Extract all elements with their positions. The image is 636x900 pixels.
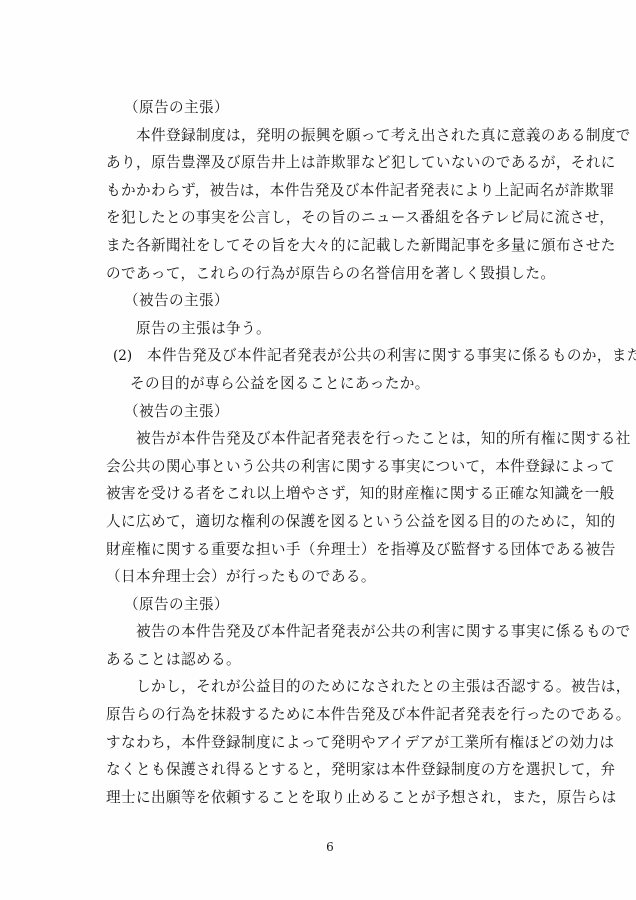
text-line: 原告らの行為を抹殺するために本件告発及び本件記者発表を行ったのである。 [0, 701, 636, 729]
item-text: 本件告発及び本件記者発表が公共の利害に関する事実に係るものか，また， [147, 347, 636, 364]
text-line: 被害を受ける者をこれ以上増やさず，知的財産権に関する正確な知識を一般 [0, 480, 636, 508]
text-line: その目的が専ら公益を図ることにあったか。 [0, 370, 636, 398]
text-line: （日本弁理士会）が行ったものである。 [0, 563, 636, 591]
text-block: （原告の主張）本件登録制度は，発明の振興を願って考え出された真に意義のある制度で… [0, 94, 636, 811]
page-number: 6 [24, 840, 636, 854]
text-line: あり，原告豊澤及び原告井上は詐欺罪など犯していないのであるが，それに [0, 149, 636, 177]
text-line: のであって，これらの行為が原告らの名誉信用を著しく毀損した。 [0, 260, 636, 288]
text-line: 人に広めて，適切な権利の保護を図るという公益を図る目的のために，知的 [0, 508, 636, 536]
text-line: あることは認める。 [0, 646, 636, 674]
text-line: 本件登録制度は，発明の振興を願って考え出された真に意義のある制度で [0, 122, 636, 150]
text-line: 会公共の関心事という公共の利害に関する事実について，本件登録によって [0, 453, 636, 481]
text-line: 被告の本件告発及び本件記者発表が公共の利害に関する事実に係るもので [0, 618, 636, 646]
text-line: 原告の主張は争う。 [0, 315, 636, 343]
text-line: (2)本件告発及び本件記者発表が公共の利害に関する事実に係るものか，また， [0, 342, 636, 370]
text-line: なくとも保護され得るとすると，発明家は本件登録制度の方を選択して，弁 [0, 756, 636, 784]
text-line: （被告の主張） [0, 398, 636, 426]
item-number: (2) [113, 343, 147, 371]
text-line: 理士に出願等を依頼することを取り止めることが予想され，また，原告らは [0, 784, 636, 812]
text-line: 被告が本件告発及び本件記者発表を行ったことは，知的所有権に関する社 [0, 425, 636, 453]
text-line: また各新聞社をしてその旨を大々的に記載した新聞記事を多量に頒布させた [0, 232, 636, 260]
text-line: もかかわらず，被告は，本件告発及び本件記者発表により上記両名が詐欺罪 [0, 177, 636, 205]
text-line: （原告の主張） [0, 94, 636, 122]
text-line: （被告の主張） [0, 287, 636, 315]
text-line: 財産権に関する重要な担い手（弁理士）を指導及び監督する団体である被告 [0, 536, 636, 564]
text-line: しかし，それが公益目的のためになされたとの主張は否認する。被告は， [0, 673, 636, 701]
text-line: すなわち，本件登録制度によって発明やアイデアが工業所有権ほどの効力は [0, 729, 636, 757]
document-page: （原告の主張）本件登録制度は，発明の振興を願って考え出された真に意義のある制度で… [0, 0, 636, 900]
text-line: を犯したとの事実を公言し，その旨のニュース番組を各テレビ局に流させ， [0, 204, 636, 232]
text-line: （原告の主張） [0, 591, 636, 619]
